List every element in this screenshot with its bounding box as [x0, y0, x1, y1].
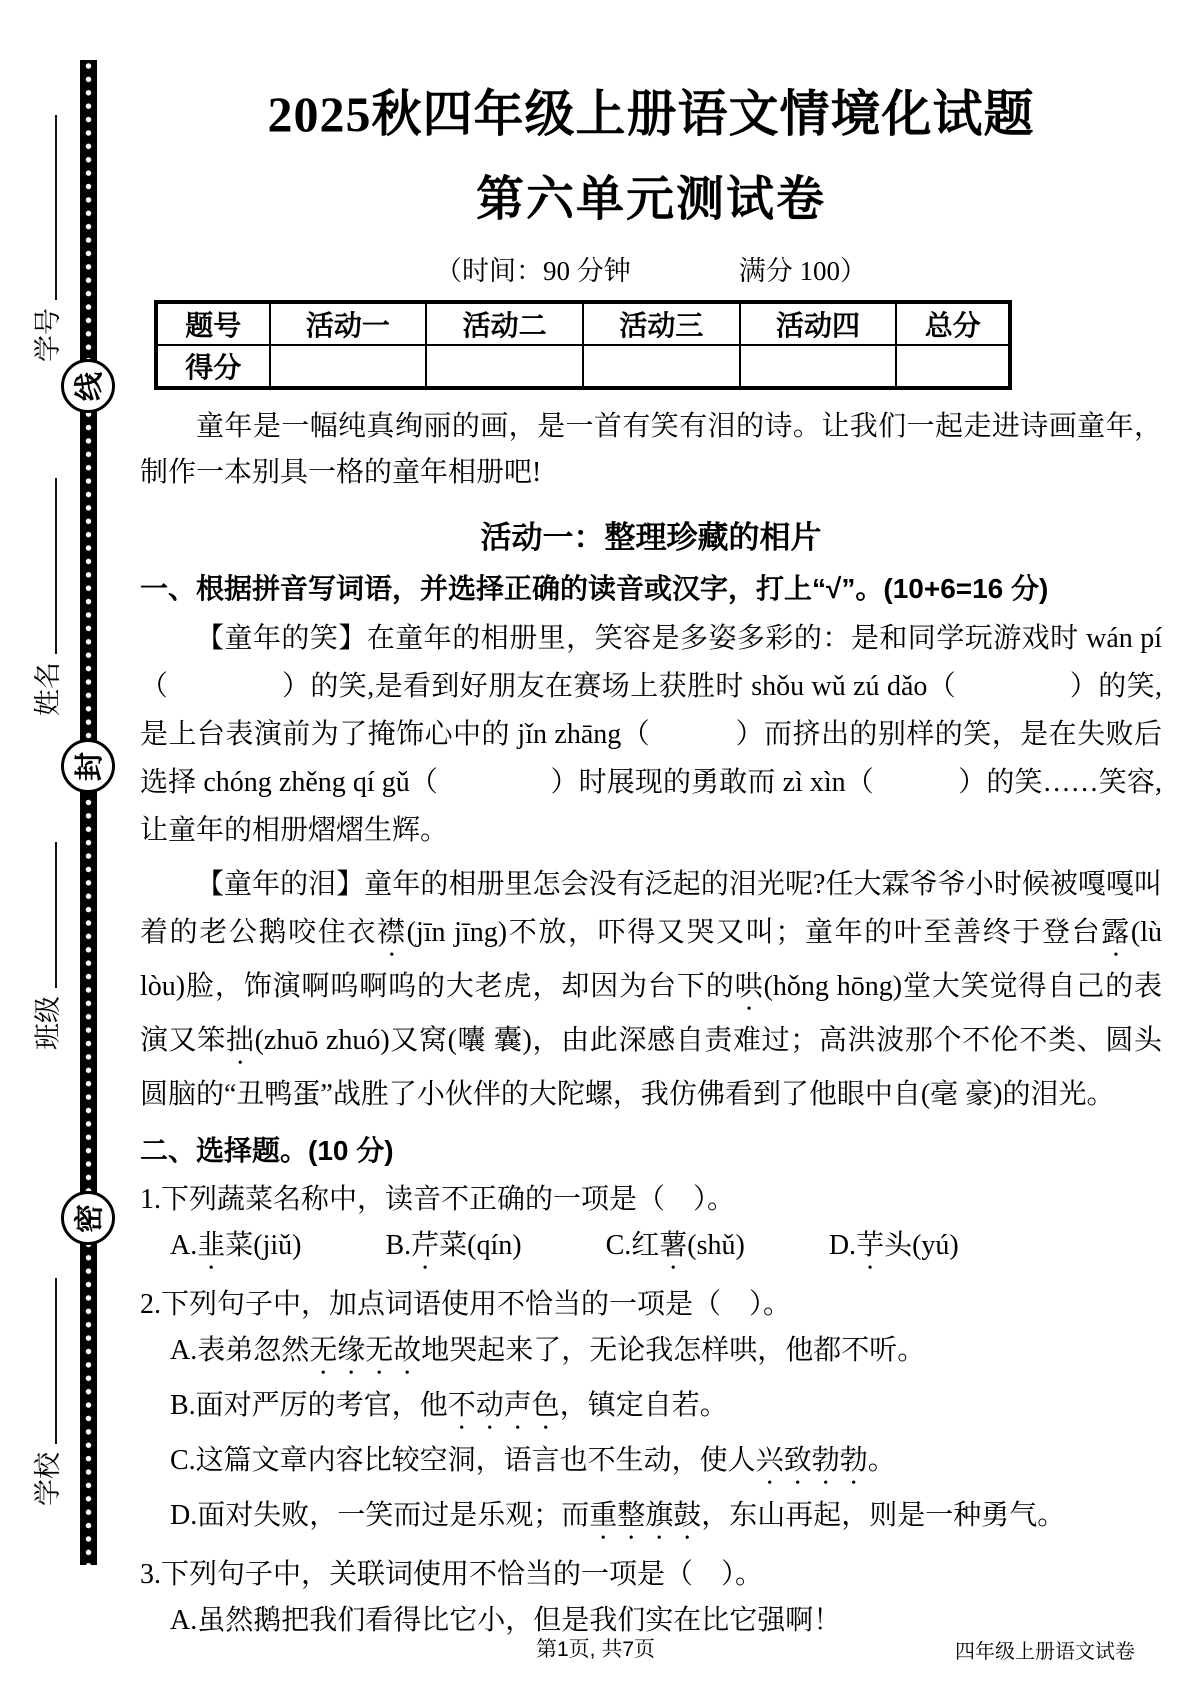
score-cell-activity3	[583, 345, 740, 388]
name-blank-line	[34, 478, 57, 654]
seal-stamp-feng: 封	[61, 739, 115, 793]
page-subtitle: 第六单元测试卷	[140, 160, 1162, 229]
exam-meta: （时间：90 分钟 满分 100）	[140, 249, 1162, 288]
mc-question-3-stem: 3.下列句子中，关联词使用不恰当的一项是（ ）。	[140, 1554, 1162, 1596]
page-title: 2025秋四年级上册语文情境化试题	[140, 74, 1162, 146]
score-table-header-row: 题号 活动一 活动二 活动三 活动四 总分	[156, 302, 1010, 345]
score-cell-total	[896, 345, 1010, 388]
intro-paragraph: 童年是一幅纯真绚丽的画，是一首有笑有泪的诗。让我们一起走进诗画童年，制作一本别具…	[140, 404, 1162, 496]
score-table-header-cell: 总分	[896, 302, 1010, 345]
score-table: 题号 活动一 活动二 活动三 活动四 总分 得分	[154, 300, 1012, 390]
name-label: 姓名	[26, 662, 65, 716]
mc-question-1-options: A.韭菜(jiǔ) B.芹菜(qín) C.红薯(shǔ) D.芋头(yú)	[170, 1225, 1162, 1276]
seal-stamp-line: 线	[61, 359, 115, 413]
school-field: 学校	[26, 1278, 62, 1506]
class-label: 班级	[26, 996, 65, 1050]
class-blank-line	[34, 842, 57, 988]
mc-question-2-option-c: C.这篇文章内容比较空洞，语言也不生动，使人兴致勃勃。	[170, 1440, 1162, 1491]
class-field: 班级	[26, 842, 62, 1050]
mc-question-2-option-b: B.面对严厉的考官，他不动声色，镇定自若。	[170, 1385, 1162, 1436]
paragraph-childhood-smile: 【童年的笑】在童年的相册里，笑容是多姿多彩的：是和同学玩游戏时 wán pí（ …	[140, 615, 1162, 855]
school-blank-line	[34, 1278, 57, 1444]
exam-paper: 2025秋四年级上册语文情境化试题 第六单元测试卷 （时间：90 分钟 满分 1…	[140, 66, 1162, 1642]
student-number-field: 学号	[26, 115, 62, 362]
score-table-score-row: 得分	[156, 345, 1010, 388]
score-table-header-cell: 活动四	[740, 302, 897, 345]
activity-one-heading: 活动一：整理珍藏的相片	[140, 512, 1162, 557]
school-label: 学校	[26, 1452, 65, 1506]
score-row-label: 得分	[156, 345, 270, 388]
score-table-header-cell: 题号	[156, 302, 270, 345]
score-cell-activity2	[426, 345, 583, 388]
name-field: 姓名	[26, 478, 62, 716]
question-two-heading: 二、选择题。(10 分)	[140, 1131, 1162, 1171]
student-number-blank-line	[34, 115, 57, 300]
score-table-header-cell: 活动二	[426, 302, 583, 345]
score-cell-activity1	[270, 345, 427, 388]
mc-question-1-stem: 1.下列蔬菜名称中，读音不正确的一项是（ ）。	[140, 1179, 1162, 1221]
mc-question-2-option-a: A.表弟忽然无缘无故地哭起来了，无论我怎样哄，他都不听。	[170, 1330, 1162, 1381]
footer-doc-label: 四年级上册语文试卷	[955, 1635, 1135, 1664]
score-table-header-cell: 活动三	[583, 302, 740, 345]
seal-stamp-mi: 密	[61, 1191, 115, 1245]
mc-question-2-stem: 2.下列句子中，加点词语使用不恰当的一项是（ ）。	[140, 1284, 1162, 1326]
student-number-label: 学号	[26, 308, 65, 362]
binding-strip	[80, 60, 97, 1565]
score-cell-activity4	[740, 345, 897, 388]
score-table-header-cell: 活动一	[270, 302, 427, 345]
paragraph-childhood-tears: 【童年的泪】童年的相册里怎会没有泛起的泪光呢?任大霖爷爷小时候被嘎嘎叫着的老公鹅…	[140, 861, 1162, 1119]
question-one-heading: 一、根据拼音写词语，并选择正确的读音或汉字，打上“√”。(10+6=16 分)	[140, 569, 1162, 609]
mc-question-2-option-d: D.面对失败，一笑而过是乐观；而重整旗鼓，东山再起，则是一种勇气。	[170, 1495, 1162, 1546]
